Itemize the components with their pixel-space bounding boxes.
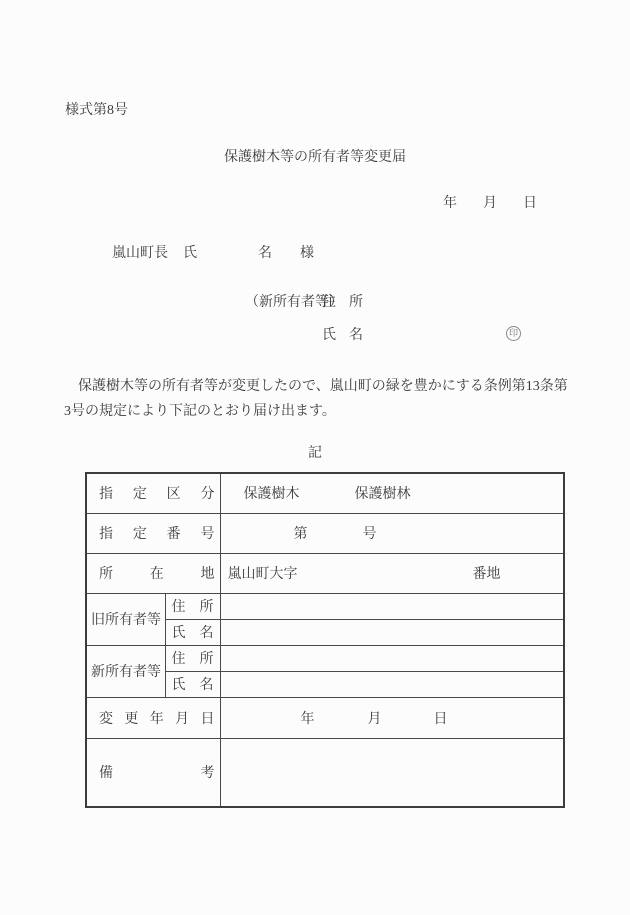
remarks-label-cell: 備考 bbox=[86, 738, 220, 807]
document-page: 様式第8号 保護樹木等の所有者等変更届 年 月 日 嵐山町長 氏 名 様 （新所… bbox=[0, 0, 630, 915]
new-owner-label-cell: 新所有者等 bbox=[86, 645, 165, 697]
change-date-year-label: 年 bbox=[301, 708, 315, 728]
addressee-name-label-right: 名 bbox=[258, 246, 272, 262]
location-value-cell: 嵐山町大字 番地 bbox=[220, 553, 564, 593]
remarks-field bbox=[220, 738, 564, 807]
date-year-label: 年 bbox=[443, 196, 457, 212]
date-day-label: 日 bbox=[523, 196, 537, 212]
new-owner-address-field bbox=[220, 645, 564, 671]
remarks-label: 備考 bbox=[99, 762, 215, 782]
row-remarks: 備考 bbox=[86, 738, 564, 807]
row-new-owner-address: 新所有者等 住所 bbox=[86, 645, 564, 671]
form-table: 指定区分 保護樹木 保護樹林 指定番号 第 号 bbox=[85, 472, 565, 808]
change-date-label: 変更年月日 bbox=[99, 708, 215, 728]
seal-character: 印 bbox=[509, 329, 518, 338]
name-label-right: 名 bbox=[349, 328, 363, 344]
old-owner-name-label-cell: 氏名 bbox=[165, 619, 220, 645]
designation-category-label-cell: 指定区分 bbox=[86, 473, 220, 513]
designation-number-label-cell: 指定番号 bbox=[86, 513, 220, 553]
date-line: 年 月 日 bbox=[443, 196, 537, 212]
change-date-value-cell: 年 月 日 bbox=[220, 697, 564, 738]
number-suffix: 号 bbox=[363, 523, 377, 543]
addressee-line: 嵐山町長 氏 名 様 bbox=[112, 246, 314, 262]
addressee-name-label-left: 氏 bbox=[183, 246, 197, 262]
address-label-right: 所 bbox=[349, 295, 363, 311]
seal-mark-icon: 印 bbox=[506, 326, 521, 341]
designation-number-value-cell: 第 号 bbox=[220, 513, 564, 553]
date-month-label: 月 bbox=[483, 196, 497, 212]
record-heading: 記 bbox=[0, 446, 630, 462]
old-owner-label-cell: 旧所有者等 bbox=[86, 593, 165, 645]
body-line-2: 3号の規定により下記のとおり届け出ます。 bbox=[64, 399, 568, 424]
old-owner-name-field bbox=[220, 619, 564, 645]
new-owner-name-field bbox=[220, 671, 564, 697]
new-owner-name-label-cell: 氏名 bbox=[165, 671, 220, 697]
location-suffix: 番地 bbox=[473, 563, 501, 583]
new-owner-name-label: 氏 名 bbox=[322, 328, 363, 344]
old-owner-address-label: 住所 bbox=[172, 596, 214, 616]
option-protected-tree: 保護樹木 bbox=[244, 483, 300, 503]
addressee-honorific: 様 bbox=[300, 246, 314, 262]
option-protected-forest: 保護樹林 bbox=[355, 483, 411, 503]
designation-category-label: 指定区分 bbox=[99, 483, 215, 503]
old-owner-name-label: 氏名 bbox=[172, 622, 214, 642]
row-designation-number: 指定番号 第 号 bbox=[86, 513, 564, 553]
new-owner-address-label: 住 所 bbox=[322, 295, 363, 311]
row-location: 所在地 嵐山町大字 番地 bbox=[86, 553, 564, 593]
name-label-left: 氏 bbox=[322, 328, 336, 344]
change-date-label-cell: 変更年月日 bbox=[86, 697, 220, 738]
new-owner-address-label-cell: 住所 bbox=[165, 645, 220, 671]
old-owner-address-field bbox=[220, 593, 564, 619]
designation-number-label: 指定番号 bbox=[99, 523, 215, 543]
location-label-cell: 所在地 bbox=[86, 553, 220, 593]
designation-category-value-cell: 保護樹木 保護樹林 bbox=[220, 473, 564, 513]
body-line-1: 保護樹木等の所有者等が変更したので、嵐山町の緑を豊かにする条例第13条第 bbox=[64, 374, 568, 399]
new-owner-name-label: 氏名 bbox=[172, 674, 214, 694]
address-label-left: 住 bbox=[322, 295, 336, 311]
number-prefix: 第 bbox=[294, 523, 308, 543]
row-old-owner-address: 旧所有者等 住所 bbox=[86, 593, 564, 619]
row-change-date: 変更年月日 年 月 日 bbox=[86, 697, 564, 738]
new-owner-address-label: 住所 bbox=[172, 648, 214, 668]
location-prefix: 嵐山町大字 bbox=[228, 563, 298, 583]
body-paragraph: 保護樹木等の所有者等が変更したので、嵐山町の緑を豊かにする条例第13条第 3号の… bbox=[64, 374, 568, 424]
form-number: 様式第8号 bbox=[65, 103, 128, 119]
location-label: 所在地 bbox=[99, 563, 215, 583]
page-title: 保護樹木等の所有者等変更届 bbox=[0, 150, 630, 166]
row-designation-category: 指定区分 保護樹木 保護樹林 bbox=[86, 473, 564, 513]
old-owner-address-label-cell: 住所 bbox=[165, 593, 220, 619]
change-date-day-label: 日 bbox=[434, 708, 448, 728]
addressee-office: 嵐山町長 bbox=[112, 246, 168, 262]
change-date-month-label: 月 bbox=[368, 708, 382, 728]
